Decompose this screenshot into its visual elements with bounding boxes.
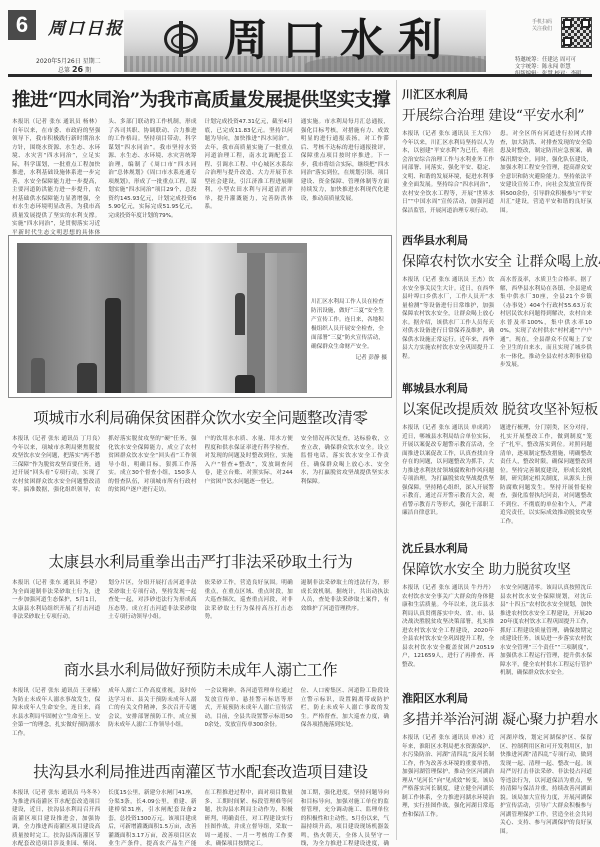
article-column: 头、多部门联动的工作机制，形成了各司其职、协调联动、合力推进的工作格局。坚持项目… <box>108 118 196 236</box>
lead-headline: 推进“四水同治”为我市高质量发展提供坚实支撑 <box>8 86 393 112</box>
photo-box: 川汇区水利局工作人员在检查防汛设施，做好“三夏”安全生产宣传工作。连日来，各地积… <box>8 235 392 398</box>
news-photo[interactable] <box>17 243 307 393</box>
article-column: 本报讯（记者 张东 通讯员 王大伟）今年以来，川汇区水利局坚持以人为本，以创建“… <box>402 130 494 230</box>
article-taikang: 太康县水利局重拳出击严打非法采砂取土行为 本报讯（记者 张东 通讯员 李建）为全… <box>8 550 393 645</box>
article-column: 河湖岸线，划定河湖保护区、保留区、控制利用区和可开发利用区，加快推进河湖“清四乱… <box>500 734 592 842</box>
sidebar-article-xihua: 西华县水利局 保障农村饮水安全 让群众喝上放心水 本报讯（记者 张东 通讯员 王… <box>402 232 592 376</box>
section-banner: 周口水利 <box>124 10 486 72</box>
article-column: 位、人口密集区、河道险工险段设立警示标识，设置隔离带或防护栏，防止未成年人溺亡事… <box>301 687 389 755</box>
article-headline: 扶沟县水利局推进西南灌区节水配套改造项目建设 <box>8 760 393 782</box>
article-headline: 多措并举治河湖 凝心聚力护碧水 <box>402 709 592 729</box>
article-column: 患。对全区所有河道进行拉网式排查，加大防洪、对排查发现的安全隐患及时整改，制定防… <box>500 130 592 230</box>
article-column: 本报讯（记者 张东 通讯员 单成鸿）近日，郸城县水利局结合单位实际，开展以案促改… <box>402 424 494 532</box>
water-conservancy-logo-icon <box>164 24 198 54</box>
article-column: 计划完成投资47.31亿元，截至4月底，已完成11.83亿元。坚持以问题为导向，… <box>205 118 293 236</box>
article-column: 本报讯（记者 张东 通讯员 牛丹丹）农村饮水安全事关广大群众的身体健康和生活质量… <box>402 584 494 684</box>
article-column: 水安全问题清零。该局认真按照沈丘县农村饮水安全保障规划，对沈丘县“十四五”农村饮… <box>500 584 592 684</box>
sidebar-article-huaiyang: 淮阳区水利局 多措并举治河湖 凝心聚力护碧水 本报讯（记者 张东 通讯员 单冰）… <box>402 690 592 842</box>
article-column: 加工期，强化进度，坚持问题导向和目标导向，加强对施工单位的监督管理，充分调动施工… <box>301 789 389 847</box>
article-column: 通实施。市水利局每月汇总通报，强化目标考核，对措施有力、成效明显的进行通报表扬，… <box>301 118 389 236</box>
article-headline: 保障农村饮水安全 让群众喝上放心水 <box>402 251 592 271</box>
article-column: 本报讯（记者 张东 通讯员 马冬冬）为推进西南灌区节水配套改造项目建设，近日，扶… <box>12 789 100 847</box>
article-column: 长度15公里，新建分水闸门41座，分渠3条，长4.09公里，重建、新建桥梁31座… <box>108 789 196 847</box>
article-headline: 项城市水利局确保贫困群众饮水安全问题整改清零 <box>8 406 393 428</box>
article-headline: 以案促改提质效 脱贫攻坚补短板 <box>402 399 592 419</box>
qr-caption: 手机扫码 关注我们 <box>531 19 553 33</box>
article-kicker: 沈丘县水利局 <box>402 540 592 556</box>
page-number: 6 <box>8 10 36 40</box>
article-column: 题进行梳理，分门别类，区分对待，扎实开展整改工作，做到制度“笼子”扎牢，整改落实… <box>500 424 592 532</box>
publication-date: 2020年5月26日 星期二 <box>36 56 101 65</box>
photo-credit: 记者 彭静 摄 <box>311 354 387 363</box>
article-column: 户的饮用水水质、水量、用水方便程度和供水保证率进行科学检查，对发现的问题及时整改… <box>205 435 293 493</box>
article-column: 遏制非法采砂取土的违法行为，形成长效机制。据统计，共出动执法人员，查处非法采砂取… <box>301 579 389 645</box>
article-column: 本报讯（记者 张东 通讯员 丁月良）今年以来，项城市水利局聚焦脱贫攻坚饮水安全问… <box>12 435 100 493</box>
article-column: 在工程推进过程中，面对项目数量多、工期时间紧、标段管理难等问题，扶沟县水利局主动… <box>205 789 293 847</box>
article-column: 成年人溺亡工作高度重视，及时传达学习市、县关于预防未成年人溺亡的有关文件精神，多… <box>108 687 196 755</box>
article-column: 高水普及率，水质卫生合格率。据了解，西华县水利局在各镇、全县建成集中供水厂30座… <box>500 276 592 376</box>
sidebar-article-dancheng: 郸城县水利局 以案促改提质效 脱贫攻坚补短板 本报讯（记者 张东 通讯员 单成鸿… <box>402 380 592 532</box>
article-column: 本报讯（记者 张东 通讯员 单冰）近年来，淮阳区水利局把水资源保护、水污染防治、… <box>402 734 494 842</box>
article-column: 本报讯（记者 张东 通讯员 王亚楠）为防止未成年人溺水事故发生，保障未成年人生命… <box>12 687 100 755</box>
column-divider <box>396 80 397 840</box>
sidebar-article-chuanhui: 川汇区水利局 开展综合治理 建设“平安水利” 本报讯（记者 张东 通讯员 王大伟… <box>402 86 592 230</box>
sidebar-column: 川汇区水利局 开展综合治理 建设“平安水利” 本报讯（记者 张东 通讯员 王大伟… <box>398 80 592 840</box>
section-title: 周口水利 <box>224 14 456 68</box>
article-kicker: 川汇区水利局 <box>402 86 592 102</box>
article-headline: 太康县水利局重拳出击严打非法采砂取土行为 <box>8 550 393 572</box>
article-column: 划分片区，分组开展打击河道非法采砂取土专项行动，坚持发现一起查处一起，对涉砂违法… <box>108 579 196 645</box>
article-column: 依采砂工作，营造良好氛围。明确重点，在重点区域、重点时段，加大巡查频次，巡查重点… <box>205 579 293 645</box>
article-shangshui: 商水县水利局做好预防未成年人溺亡工作 本报讯（记者 张东 通讯员 王亚楠）为防止… <box>8 658 393 755</box>
paper-name: 周口日报 <box>48 14 124 39</box>
article-kicker: 淮阳区水利局 <box>402 690 592 706</box>
article-xiangcheng: 项城市水利局确保贫困群众饮水安全问题整改清零 本报讯（记者 张东 通讯员 丁月良… <box>8 406 393 493</box>
article-headline: 保障饮水安全 助力脱贫攻坚 <box>402 559 592 579</box>
article-headline: 商水县水利局做好预防未成年人溺亡工作 <box>8 658 393 680</box>
masthead-divider <box>8 74 592 77</box>
article-kicker: 西华县水利局 <box>402 232 592 248</box>
article-fugou: 扶沟县水利局推进西南灌区节水配套改造项目建设 本报讯（记者 张东 通讯员 马冬冬… <box>8 760 393 847</box>
sidebar-article-shenqiu: 沈丘县水利局 保障饮水安全 助力脱贫攻坚 本报讯（记者 张东 通讯员 牛丹丹）农… <box>402 540 592 684</box>
article-column: 安全情况再次复查，达标验收，立查立改，确保群众饮水安全。设立监督电话，落实饮水安… <box>301 435 389 493</box>
main-column: 推进“四水同治”为我市高质量发展提供坚实支撑 本报讯（记者 张东 通讯员 杨林）… <box>8 80 393 840</box>
article-headline: 开展综合治理 建设“平安水利” <box>402 105 592 125</box>
photo-caption: 川汇区水利局工作人员在检查防汛设施，做好“三夏”安全生产宣传工作。连日来，各地积… <box>311 298 387 363</box>
lead-article: 推进“四水同治”为我市高质量发展提供坚实支撑 本报讯（记者 张东 通讯员 杨林）… <box>8 86 393 236</box>
article-column: 本报讯（记者 张东 通讯员 王杰）饮水安全事关民生大计。近日，在西华县叶埠口乡供… <box>402 276 494 376</box>
qr-code-icon[interactable] <box>561 17 592 48</box>
article-column: 本报讯（记者 张东 通讯员 杨林）自年以来，在市委、市政府的坚强领导下，我市积极… <box>12 118 100 236</box>
article-kicker: 郸城县水利局 <box>402 380 592 396</box>
article-column: 本报讯（记者 张东 通讯员 李建）为全面遏制非法采砂取土行为，进一步加强河道生态… <box>12 579 100 645</box>
article-column: 抓好落实脱贫攻坚的“硬”任务，强化饮水安全保障能力，成立了农村贫困群众饮水安全“… <box>108 435 196 493</box>
article-column: 一会议精神。各河道管理单位通过发放宣传单、悬挂警示标语等形式，开展预防未成年人溺… <box>205 687 293 755</box>
issue-number: 总第 26 期 <box>58 65 91 74</box>
masthead: 6 周口日报 2020年5月26日 星期二 总第 26 期 周口水利 手机扫码 … <box>8 8 592 72</box>
